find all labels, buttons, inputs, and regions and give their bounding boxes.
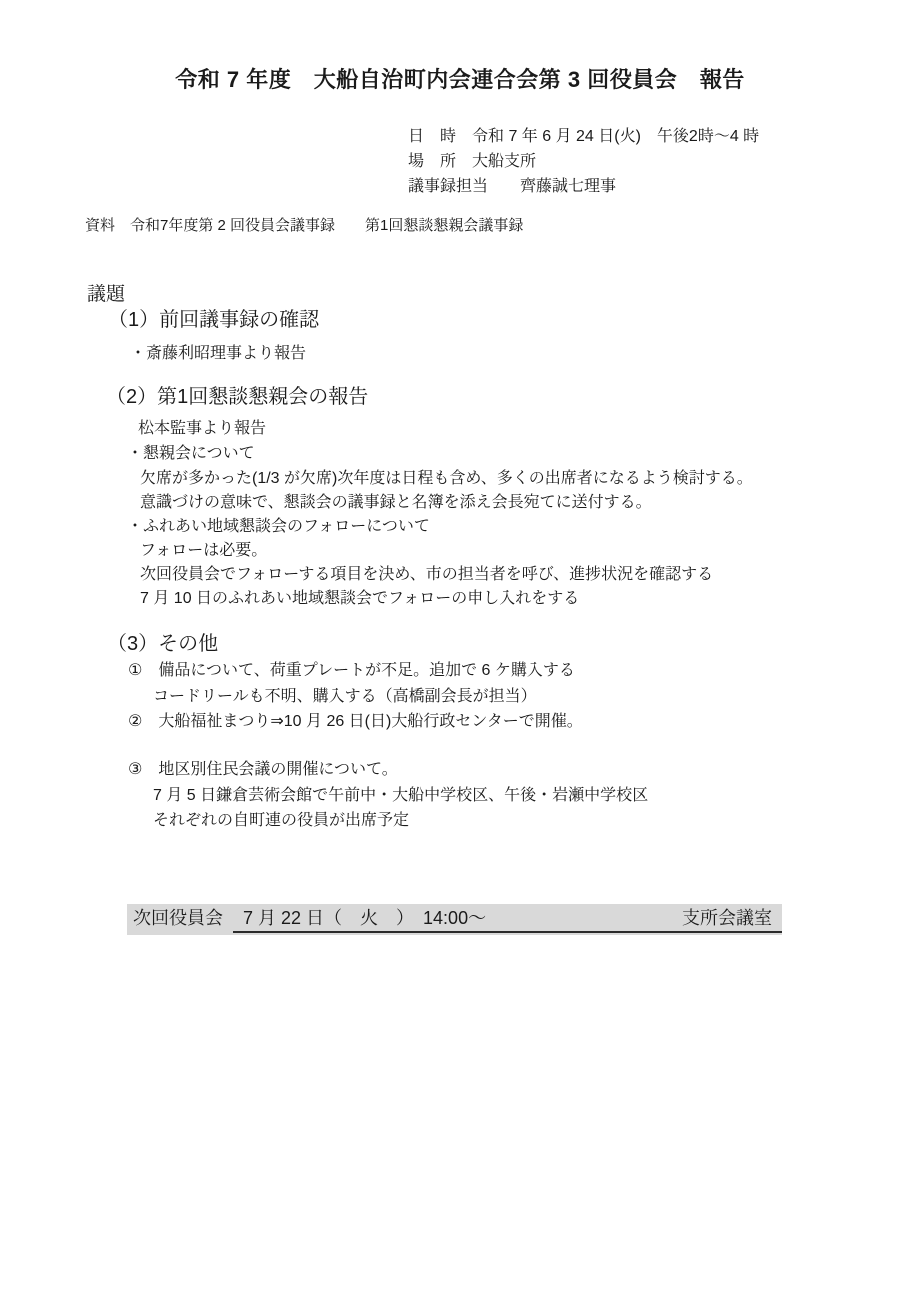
next-meeting-location: 支所会議室 bbox=[682, 905, 772, 931]
section3-item3-line: 7 月 5 日鎌倉芸術会館で午前中・大船中学校区、午後・岩瀬中学校区 bbox=[153, 786, 648, 806]
section3-item3-line: それぞれの自町連の役員が出席予定 bbox=[153, 811, 409, 831]
section2-line: 松本監事より報告 bbox=[138, 419, 266, 439]
section2-line: 意識づけの意味で、懇談会の議事録と名簿を添え会長宛てに送付する。 bbox=[140, 493, 652, 513]
next-meeting-band: 次回役員会 7 月 22 日（ 火 ） 14:00～ 支所会議室 bbox=[127, 904, 782, 935]
next-meeting-underline: 7 月 22 日（ 火 ） 14:00～ 支所会議室 bbox=[233, 904, 782, 933]
page-title: 令和 7 年度 大船自治町内会連合会第 3 回役員会 報告 bbox=[0, 66, 920, 94]
section2-line: フォローは必要。 bbox=[140, 541, 267, 561]
materials-line: 資料 令和7年度第 2 回役員会議事録 第1回懇談懇親会議事録 bbox=[85, 217, 523, 236]
next-meeting-schedule: 7 月 22 日（ 火 ） 14:00～ bbox=[233, 905, 486, 931]
meeting-report-page: 令和 7 年度 大船自治町内会連合会第 3 回役員会 報告 日 時 令和 7 年… bbox=[0, 0, 920, 1301]
section1-heading: （1）前回議事録の確認 bbox=[108, 308, 319, 333]
section3-item1-line: ① 備品について、荷重プレートが不足。追加で 6 ケ購入する bbox=[128, 661, 575, 681]
section2-line: 次回役員会でフォローする項目を決め、市の担当者を呼び、進捗状況を確認する bbox=[140, 565, 713, 585]
meta-datetime: 日 時 令和 7 年 6 月 24 日(火) 午後2時～4 時 bbox=[408, 124, 759, 149]
section3-item3-line: ③ 地区別住民会議の開催について。 bbox=[128, 760, 398, 780]
meeting-meta-block: 日 時 令和 7 年 6 月 24 日(火) 午後2時～4 時 場 所 大船支所… bbox=[408, 124, 759, 199]
section3-item1-line: コードリールも不明、購入する（高橋副会長が担当） bbox=[153, 687, 537, 707]
section2-line: 欠席が多かった(1/3 が欠席)次年度は日程も含め、多くの出席者になるよう検討す… bbox=[140, 469, 753, 489]
section3-heading: （3）その他 bbox=[107, 632, 218, 657]
section2-heading: （2）第1回懇談懇親会の報告 bbox=[106, 385, 368, 410]
next-meeting-label: 次回役員会 bbox=[127, 904, 223, 935]
agenda-label: 議題 bbox=[87, 283, 125, 307]
section2-line: ・ふれあい地域懇談会のフォローについて bbox=[127, 517, 430, 537]
section3-item2-line: ② 大船福祉まつり⇒10 月 26 日(日)大船行政センターで開催。 bbox=[128, 712, 583, 732]
section2-line: ・懇親会について bbox=[127, 444, 255, 464]
section1-line: ・斎藤利昭理事より報告 bbox=[130, 344, 306, 364]
section2-line: 7 月 10 日のふれあい地域懇談会でフォローの申し入れをする bbox=[140, 589, 579, 609]
meta-place: 場 所 大船支所 bbox=[408, 149, 759, 174]
meta-recorder: 議事録担当 齊藤誠七理事 bbox=[408, 174, 759, 199]
